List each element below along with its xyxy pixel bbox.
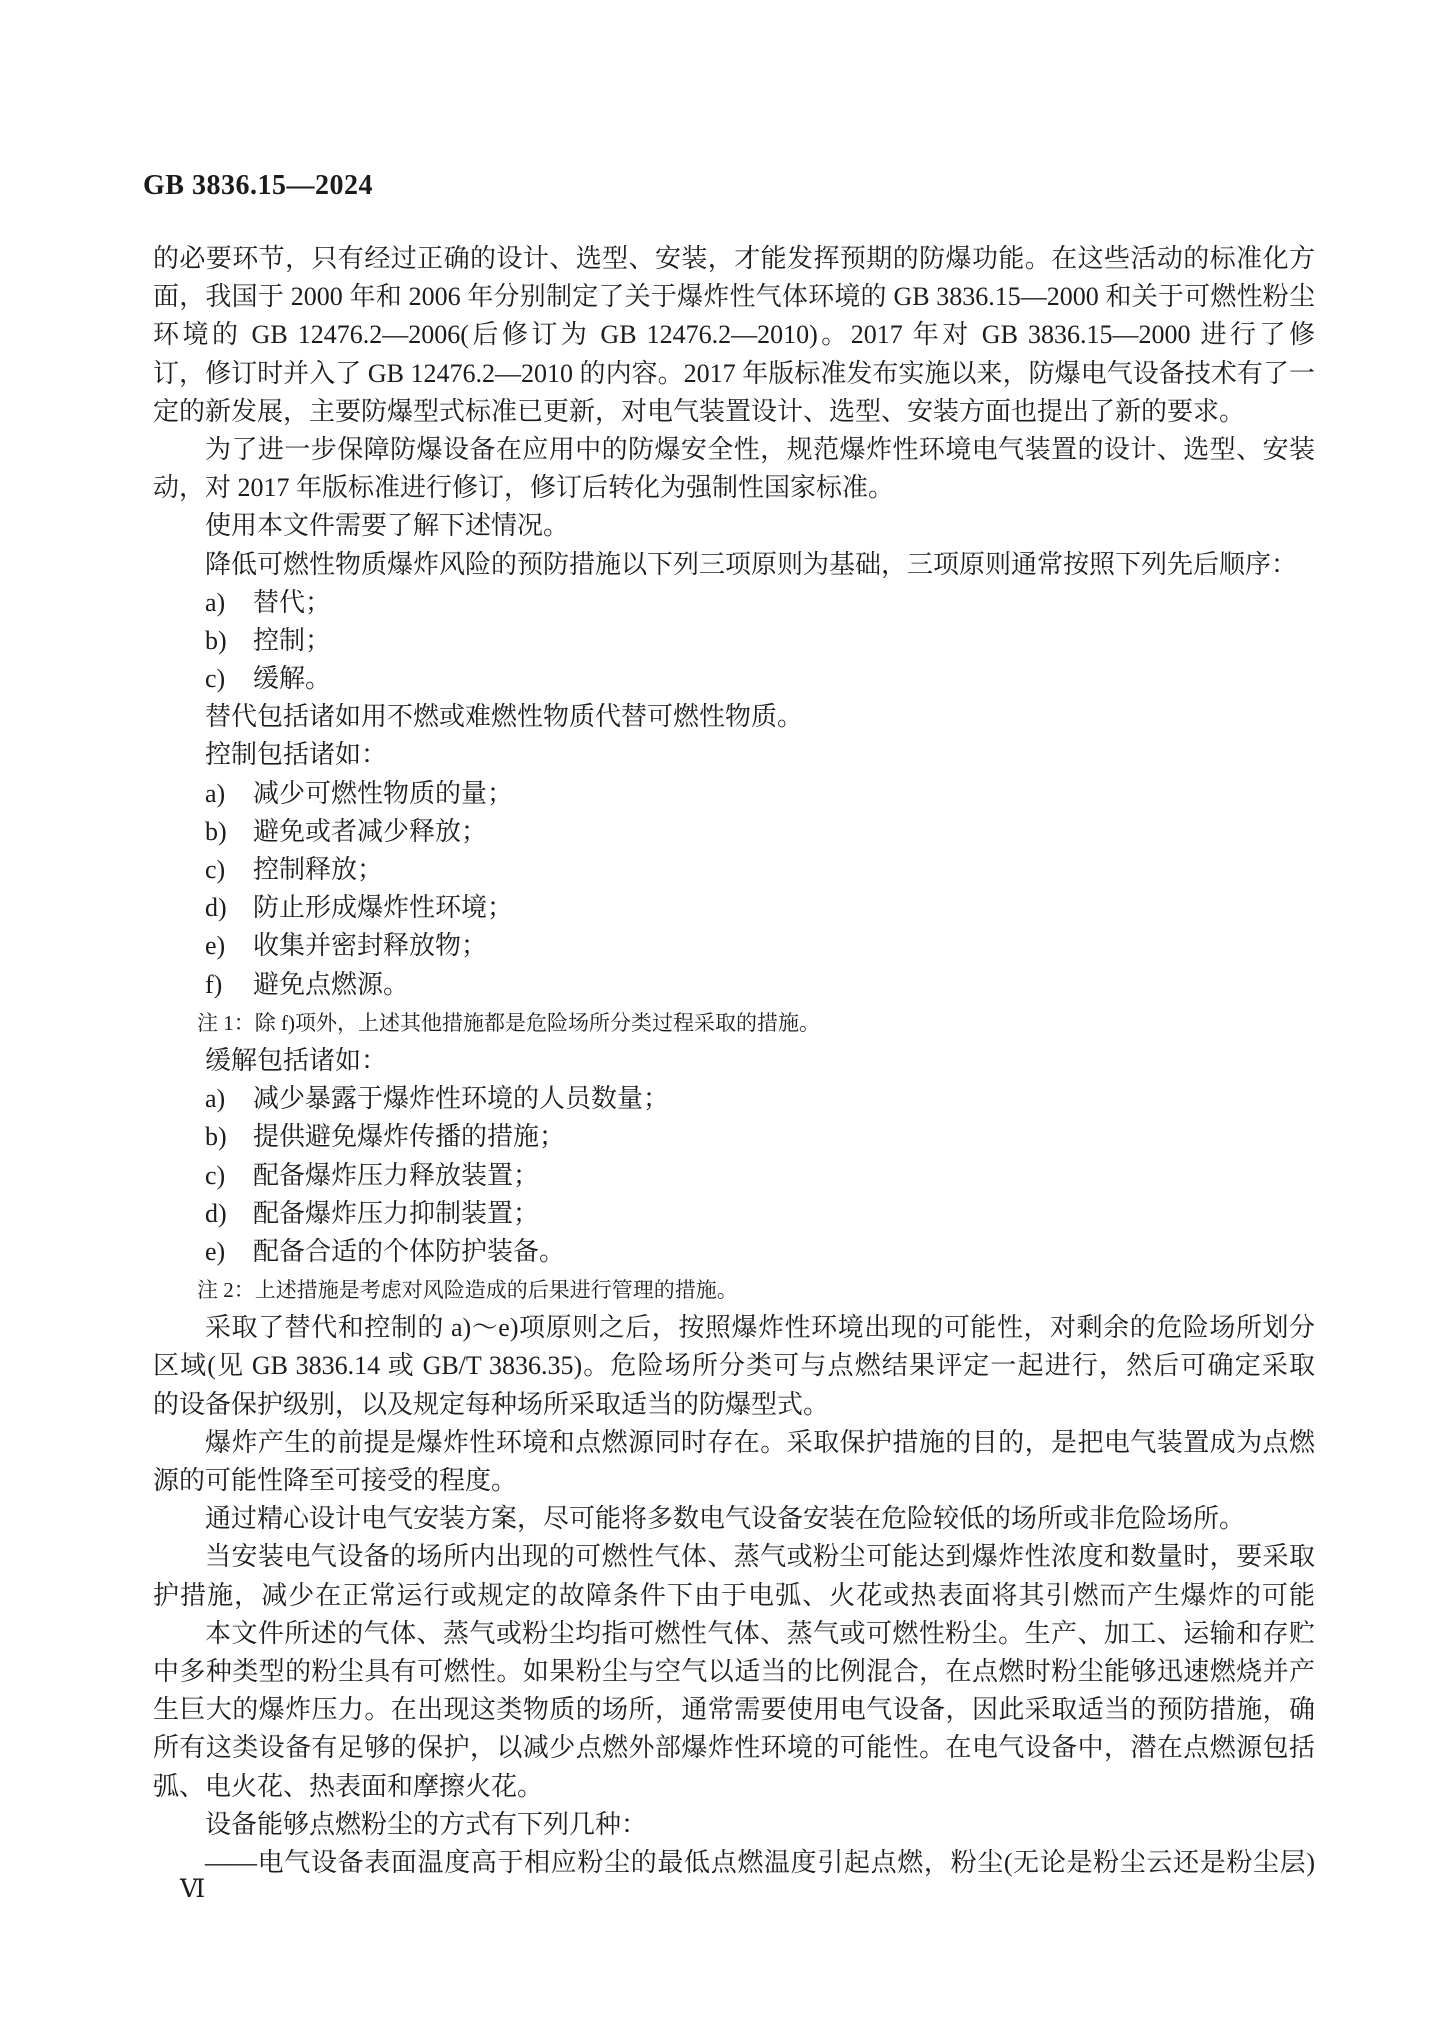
list-item-text: 配备爆炸压力抑制装置； [253,1199,539,1228]
list-item-label: a) [205,584,253,622]
text-line: 面，我国于 2000 年和 2006 年分别制定了关于爆炸性气体环境的 GB 3… [153,278,1315,316]
text-line: a)减少可燃性物质的量； [153,775,1315,813]
body-lines: 的必要环节，只有经过正确的设计、选型、安装，才能发挥预期的防爆功能。在这些活动的… [153,240,1315,1882]
list-item-label: c) [205,1157,253,1195]
list-item-label: e) [205,1233,253,1271]
text-line: c)配备爆炸压力释放装置； [153,1157,1315,1195]
text-line: 替代包括诸如用不燃或难燃性物质代替可燃性物质。 [153,698,1315,736]
text-line: 缓解包括诸如： [153,1042,1315,1080]
page: GB 3836.15—2024 的必要环节，只有经过正确的设计、选型、安装，才能… [0,0,1445,2044]
list-item-text: 减少暴露于爆炸性环境的人员数量； [253,1084,669,1113]
text-line: e)配备合适的个体防护装备。 [153,1233,1315,1271]
text-line: 当安装电气设备的场所内出现的可燃性气体、蒸气或粉尘可能达到爆炸性浓度和数量时，要… [153,1538,1315,1576]
text-line: 订，修订时并入了 GB 12476.2—2010 的内容。2017 年版标准发布… [153,355,1315,393]
list-item-label: e) [205,927,253,965]
text-line: 弧、电火花、热表面和摩擦火花。 [153,1768,1315,1806]
text-line: 源的可能性降至可接受的程度。 [153,1462,1315,1500]
text-line: b)提供避免爆炸传播的措施； [153,1118,1315,1156]
text-line: 护措施，减少在正常运行或规定的故障条件下由于电弧、火花或热表面将其引燃而产生爆炸… [153,1577,1315,1615]
doc-number-header: GB 3836.15—2024 [143,170,373,202]
list-item-label: a) [205,775,253,813]
text-line: 爆炸产生的前提是爆炸性环境和点燃源同时存在。采取保护措施的目的，是把电气装置成为… [153,1424,1315,1462]
text-line: 动，对 2017 年版标准进行修订，修订后转化为强制性国家标准。 [153,469,1315,507]
list-item-text: 控制释放； [253,855,383,884]
text-line: 区域(见 GB 3836.14 或 GB/T 3836.35)。危险场所分类可与… [153,1347,1315,1385]
text-line: 通过精心设计电气安装方案，尽可能将多数电气设备安装在危险较低的场所或非危险场所。 [153,1500,1315,1538]
text-line: 定的新发展，主要防爆型式标准已更新，对电气装置设计、选型、安装方面也提出了新的要… [153,393,1315,431]
text-line: 的必要环节，只有经过正确的设计、选型、安装，才能发挥预期的防爆功能。在这些活动的… [153,240,1315,278]
text-line: a)减少暴露于爆炸性环境的人员数量； [153,1080,1315,1118]
list-item-label: b) [205,813,253,851]
text-line: c)缓解。 [153,660,1315,698]
list-item-text: 避免点燃源。 [253,970,409,999]
list-item-label: c) [205,851,253,889]
footer-page-number: Ⅵ [180,1874,205,1904]
list-item-text: 减少可燃性物质的量； [253,779,513,808]
text-line: d)配备爆炸压力抑制装置； [153,1195,1315,1233]
list-item-text: 防止形成爆炸性环境； [253,893,513,922]
list-item-label: b) [205,1118,253,1156]
list-item-text: 提供避免爆炸传播的措施； [253,1122,565,1151]
list-item-label: a) [205,1080,253,1118]
text-line: 中多种类型的粉尘具有可燃性。如果粉尘与空气以适当的比例混合，在点燃时粉尘能够迅速… [153,1653,1315,1691]
list-item-text: 控制； [253,626,331,655]
text-line: 注 1：除 f)项外，上述其他措施都是危险场所分类过程采取的措施。 [153,1004,1315,1042]
text-line: 本文件所述的气体、蒸气或粉尘均指可燃性气体、蒸气或可燃性粉尘。生产、加工、运输和… [153,1615,1315,1653]
text-line: 使用本文件需要了解下述情况。 [153,507,1315,545]
list-item-text: 缓解。 [253,664,331,693]
text-line: b)控制； [153,622,1315,660]
list-item-text: 配备合适的个体防护装备。 [253,1237,565,1266]
list-item-label: d) [205,889,253,927]
text-line: 所有这类设备有足够的保护，以减少点燃外部爆炸性环境的可能性。在电气设备中，潜在点… [153,1729,1315,1767]
text-line: e)收集并密封释放物； [153,927,1315,965]
text-line: b)避免或者减少释放； [153,813,1315,851]
text-line: 控制包括诸如： [153,736,1315,774]
list-item-label: d) [205,1195,253,1233]
text-line: ——电气设备表面温度高于相应粉尘的最低点燃温度引起点燃，粉尘(无论是粉尘云还是粉… [153,1844,1315,1882]
text-line: d)防止形成爆炸性环境； [153,889,1315,927]
list-item-label: b) [205,622,253,660]
text-line: 采取了替代和控制的 a)～e)项原则之后，按照爆炸性环境出现的可能性，对剩余的危… [153,1309,1315,1347]
text-line: 环境的 GB 12476.2—2006(后修订为 GB 12476.2—2010… [153,316,1315,354]
text-line: 的设备保护级别，以及规定每种场所采取适当的防爆型式。 [153,1386,1315,1424]
list-item-text: 收集并密封释放物； [253,931,487,960]
text-line: 生巨大的爆炸压力。在出现这类物质的场所，通常需要使用电气设备，因此采取适当的预防… [153,1691,1315,1729]
list-item-text: 替代； [253,588,331,617]
list-item-label: c) [205,660,253,698]
text-line: 为了进一步保障防爆设备在应用中的防爆安全性，规范爆炸性环境电气装置的设计、选型、… [153,431,1315,469]
list-item-text: 配备爆炸压力释放装置； [253,1161,539,1190]
text-line: 设备能够点燃粉尘的方式有下列几种： [153,1806,1315,1844]
text-line: 注 2：上述措施是考虑对风险造成的后果进行管理的措施。 [153,1271,1315,1309]
list-item-label: f) [205,966,253,1004]
list-item-text: 避免或者减少释放； [253,817,487,846]
text-line: 降低可燃性物质爆炸风险的预防措施以下列三项原则为基础，三项原则通常按照下列先后顺… [153,546,1315,584]
text-line: c)控制释放； [153,851,1315,889]
text-line: a)替代； [153,584,1315,622]
text-line: f)避免点燃源。 [153,966,1315,1004]
